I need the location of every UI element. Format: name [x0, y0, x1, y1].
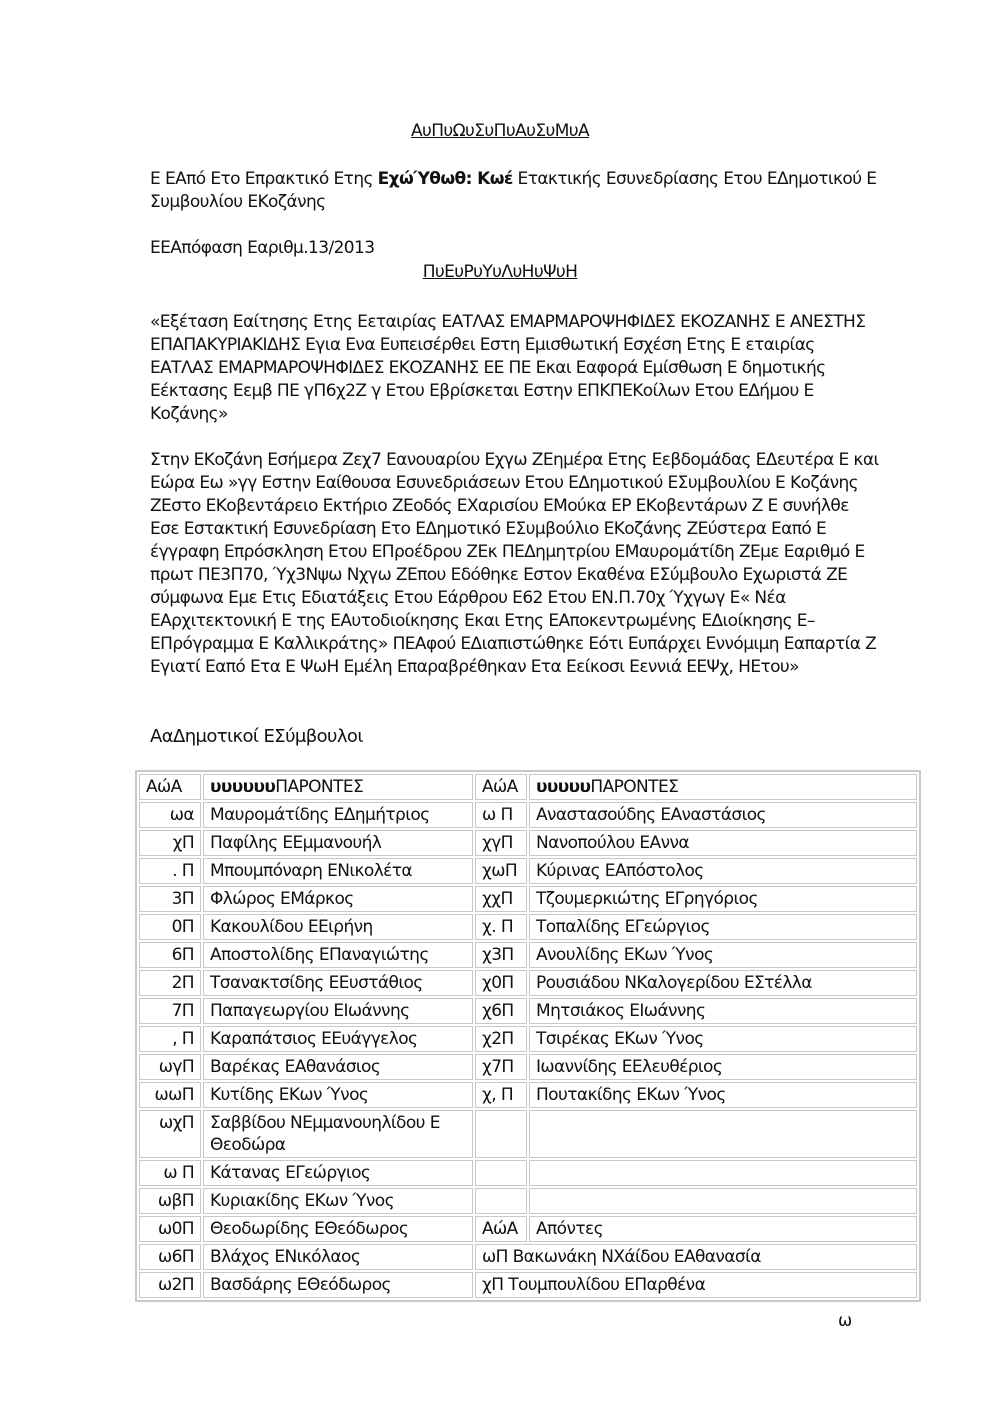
member-number: 0Π	[139, 914, 201, 940]
header-num-right: ΑώΑ	[475, 774, 527, 800]
table-row: ωχΠΣαββίδου ΝΕμμανουηλίδου Ε Θεοδώρα	[139, 1110, 917, 1158]
member-name: Τσιρέκας ΕΚων Ύνος	[529, 1026, 917, 1052]
member-name: Αποστολίδης ΕΠαναγιώτης	[203, 942, 473, 968]
member-name	[529, 1110, 917, 1158]
member-number: 6Π	[139, 942, 201, 968]
header-label: ΠΑΡΟΝΤΕΣ	[590, 777, 678, 797]
table-row: 2ΠΤσανακτσίδης ΕΕυστάθιοςχ0ΠΡουσιάδου ΝΚ…	[139, 970, 917, 996]
header-prefix: υυυυυυ	[210, 777, 275, 797]
member-number: χ7Π	[475, 1054, 527, 1080]
member-number: χγΠ	[475, 830, 527, 856]
member-name: Καραπάτσιος ΕΕυάγγελος	[203, 1026, 473, 1052]
member-number: χ2Π	[475, 1026, 527, 1052]
member-name: Κάτανας ΕΓεώργιος	[203, 1160, 473, 1186]
member-number: , Π	[139, 1026, 201, 1052]
member-number: χχΠ	[475, 886, 527, 912]
member-name	[529, 1160, 917, 1186]
member-number: ω Π	[139, 1160, 201, 1186]
member-name: Παφίλης ΕΕμμανουήλ	[203, 830, 473, 856]
member-number: . Π	[139, 858, 201, 884]
absent-header-num: ΑώΑ	[475, 1216, 527, 1242]
member-number: χ0Π	[475, 970, 527, 996]
member-name: Κύρινας ΕΑπόστολος	[529, 858, 917, 884]
member-name: Μητσιάκος ΕΙωάννης	[529, 998, 917, 1024]
member-number: 3Π	[139, 886, 201, 912]
member-name: Αναστασούδης ΕΑναστάσιος	[529, 802, 917, 828]
header-num-left: ΑώΑ	[139, 774, 201, 800]
member-name: Τοπαλίδης ΕΓεώργιος	[529, 914, 917, 940]
member-name: Φλώρος ΕΜάρκος	[203, 886, 473, 912]
member-name: Ιωαννίδης ΕΕλευθέριος	[529, 1054, 917, 1080]
subject-title: ΠυΕυΡυΥυΛυΗυΨυΗ	[0, 262, 1000, 282]
members-heading: ΑαΔημοτικοί ΕΣύμβουλοι	[150, 726, 363, 747]
member-name: Βασδάρης ΕΘεόδωρος	[203, 1272, 473, 1298]
intro-prefix: Ε ΕΑπό Ετο Επρακτικό Ετης	[150, 169, 378, 189]
table-row: χΠΠαφίλης ΕΕμμανουήλχγΠΝανοπούλου ΕΑννα	[139, 830, 917, 856]
member-name: Κυριακίδης ΕΚων Ύνος	[203, 1188, 473, 1214]
member-name: Νανοπούλου ΕΑννα	[529, 830, 917, 856]
member-number	[475, 1160, 527, 1186]
member-name: Σαββίδου ΝΕμμανουηλίδου Ε Θεοδώρα	[203, 1110, 473, 1158]
decision-number: ΕΕΑπόφαση Εαριθμ.13/2013	[150, 237, 880, 260]
table-row: ω6ΠΒλάχος ΕΝικόλαοςωΠ Βακωνάκη ΝΧάίδου Ε…	[139, 1244, 917, 1270]
table-row: , ΠΚαραπάτσιος ΕΕυάγγελοςχ2ΠΤσιρέκας ΕΚω…	[139, 1026, 917, 1052]
subject-title-text: ΠυΕυΡυΥυΛυΗυΨυΗ	[423, 262, 578, 282]
member-number: χωΠ	[475, 858, 527, 884]
member-number: ωωΠ	[139, 1082, 201, 1108]
table-row: 6ΠΑποστολίδης ΕΠαναγιώτηςχ3ΠΑνουλίδης ΕΚ…	[139, 942, 917, 968]
table-row: ωβΠΚυριακίδης ΕΚων Ύνος	[139, 1188, 917, 1214]
header-prefix: υυυυυ	[536, 777, 590, 797]
table-row: ω ΠΚάτανας ΕΓεώργιος	[139, 1160, 917, 1186]
table-row: . ΠΜπουμπόναρη ΕΝικολέταχωΠΚύρινας ΕΑπόσ…	[139, 858, 917, 884]
session-number: ΕχώΎθωθ: Κωέ	[378, 169, 513, 189]
table-header-row: ΑώΑ υυυυυυΠΑΡΟΝΤΕΣ ΑώΑ υυυυυΠΑΡΟΝΤΕΣ	[139, 774, 917, 800]
member-number: χ, Π	[475, 1082, 527, 1108]
member-number: χ3Π	[475, 942, 527, 968]
member-number: ωβΠ	[139, 1188, 201, 1214]
member-name: Μαυρομάτίδης ΕΔημήτριος	[203, 802, 473, 828]
member-name: Βλάχος ΕΝικόλαος	[203, 1244, 473, 1270]
table-row: 7ΠΠαπαγεωργίου ΕΙωάννηςχ6ΠΜητσιάκος ΕΙωά…	[139, 998, 917, 1024]
table-row: ωωΠΚυτίδης ΕΚων Ύνοςχ, ΠΠουτακίδης ΕΚων …	[139, 1082, 917, 1108]
member-number: 2Π	[139, 970, 201, 996]
member-name: Κυτίδης ΕΚων Ύνος	[203, 1082, 473, 1108]
header-present-right: υυυυυΠΑΡΟΝΤΕΣ	[529, 774, 917, 800]
subject-paragraph: «Εξέταση Εαίτησης Ετης Εεταιρίας ΕΑΤΛΑΣ …	[150, 311, 880, 426]
page-number: ω	[838, 1311, 852, 1331]
member-name: Πουτακίδης ΕΚων Ύνος	[529, 1082, 917, 1108]
member-name: Τζουμερκιώτης ΕΓρηγόριος	[529, 886, 917, 912]
member-number: ωγΠ	[139, 1054, 201, 1080]
member-number: ωχΠ	[139, 1110, 201, 1158]
member-number: χ6Π	[475, 998, 527, 1024]
members-table: ΑώΑ υυυυυυΠΑΡΟΝΤΕΣ ΑώΑ υυυυυΠΑΡΟΝΤΕΣ ωαΜ…	[135, 770, 921, 1302]
member-name: Κακουλίδου ΕΕιρήνη	[203, 914, 473, 940]
member-name: Μπουμπόναρη ΕΝικολέτα	[203, 858, 473, 884]
member-name: Ανουλίδης ΕΚων Ύνος	[529, 942, 917, 968]
member-name-absent: ωΠ Βακωνάκη ΝΧάίδου ΕΑθανασία	[475, 1244, 917, 1270]
member-number	[475, 1110, 527, 1158]
header-present-left: υυυυυυΠΑΡΟΝΤΕΣ	[203, 774, 473, 800]
absent-header-label: Απόντες	[529, 1216, 917, 1242]
table-row: ωαΜαυρομάτίδης ΕΔημήτριοςω ΠΑναστασούδης…	[139, 802, 917, 828]
table-row: ω2ΠΒασδάρης ΕΘεόδωροςχΠ Τουμπουλίδου ΕΠα…	[139, 1272, 917, 1298]
member-name: Παπαγεωργίου ΕΙωάννης	[203, 998, 473, 1024]
member-number: ω Π	[475, 802, 527, 828]
table-row: ωγΠΒαρέκας ΕΑθανάσιοςχ7ΠΙωαννίδης ΕΕλευθ…	[139, 1054, 917, 1080]
member-number: ω6Π	[139, 1244, 201, 1270]
member-name-absent: χΠ Τουμπουλίδου ΕΠαρθένα	[475, 1272, 917, 1298]
header-label: ΠΑΡΟΝΤΕΣ	[275, 777, 363, 797]
member-number: χΠ	[139, 830, 201, 856]
document-title: ΑυΠυΩυΣυΠυΑυΣυΜυΑ	[0, 121, 1000, 141]
member-number: ω0Π	[139, 1216, 201, 1242]
member-name: Τσανακτσίδης ΕΕυστάθιος	[203, 970, 473, 996]
member-number: 7Π	[139, 998, 201, 1024]
member-name	[529, 1188, 917, 1214]
table-row: 3ΠΦλώρος ΕΜάρκοςχχΠΤζουμερκιώτης ΕΓρηγόρ…	[139, 886, 917, 912]
member-name: Θεοδωρίδης ΕΘεόδωρος	[203, 1216, 473, 1242]
member-number	[475, 1188, 527, 1214]
member-name: Ρουσιάδου ΝΚαλογερίδου ΕΣτέλλα	[529, 970, 917, 996]
table-row: 0ΠΚακουλίδου ΕΕιρήνηχ. ΠΤοπαλίδης ΕΓεώργ…	[139, 914, 917, 940]
body-paragraph: Στην ΕΚοζάνη Εσήμερα Ζεχ7 Εανουαρίου Εχγ…	[150, 449, 880, 679]
intro-paragraph: Ε ΕΑπό Ετο Επρακτικό Ετης ΕχώΎθωθ: Κωέ Ε…	[150, 168, 880, 214]
member-number: ωα	[139, 802, 201, 828]
member-number: χ. Π	[475, 914, 527, 940]
member-name: Βαρέκας ΕΑθανάσιος	[203, 1054, 473, 1080]
member-number: ω2Π	[139, 1272, 201, 1298]
table-row: ω0ΠΘεοδωρίδης ΕΘεόδωροςΑώΑΑπόντες	[139, 1216, 917, 1242]
